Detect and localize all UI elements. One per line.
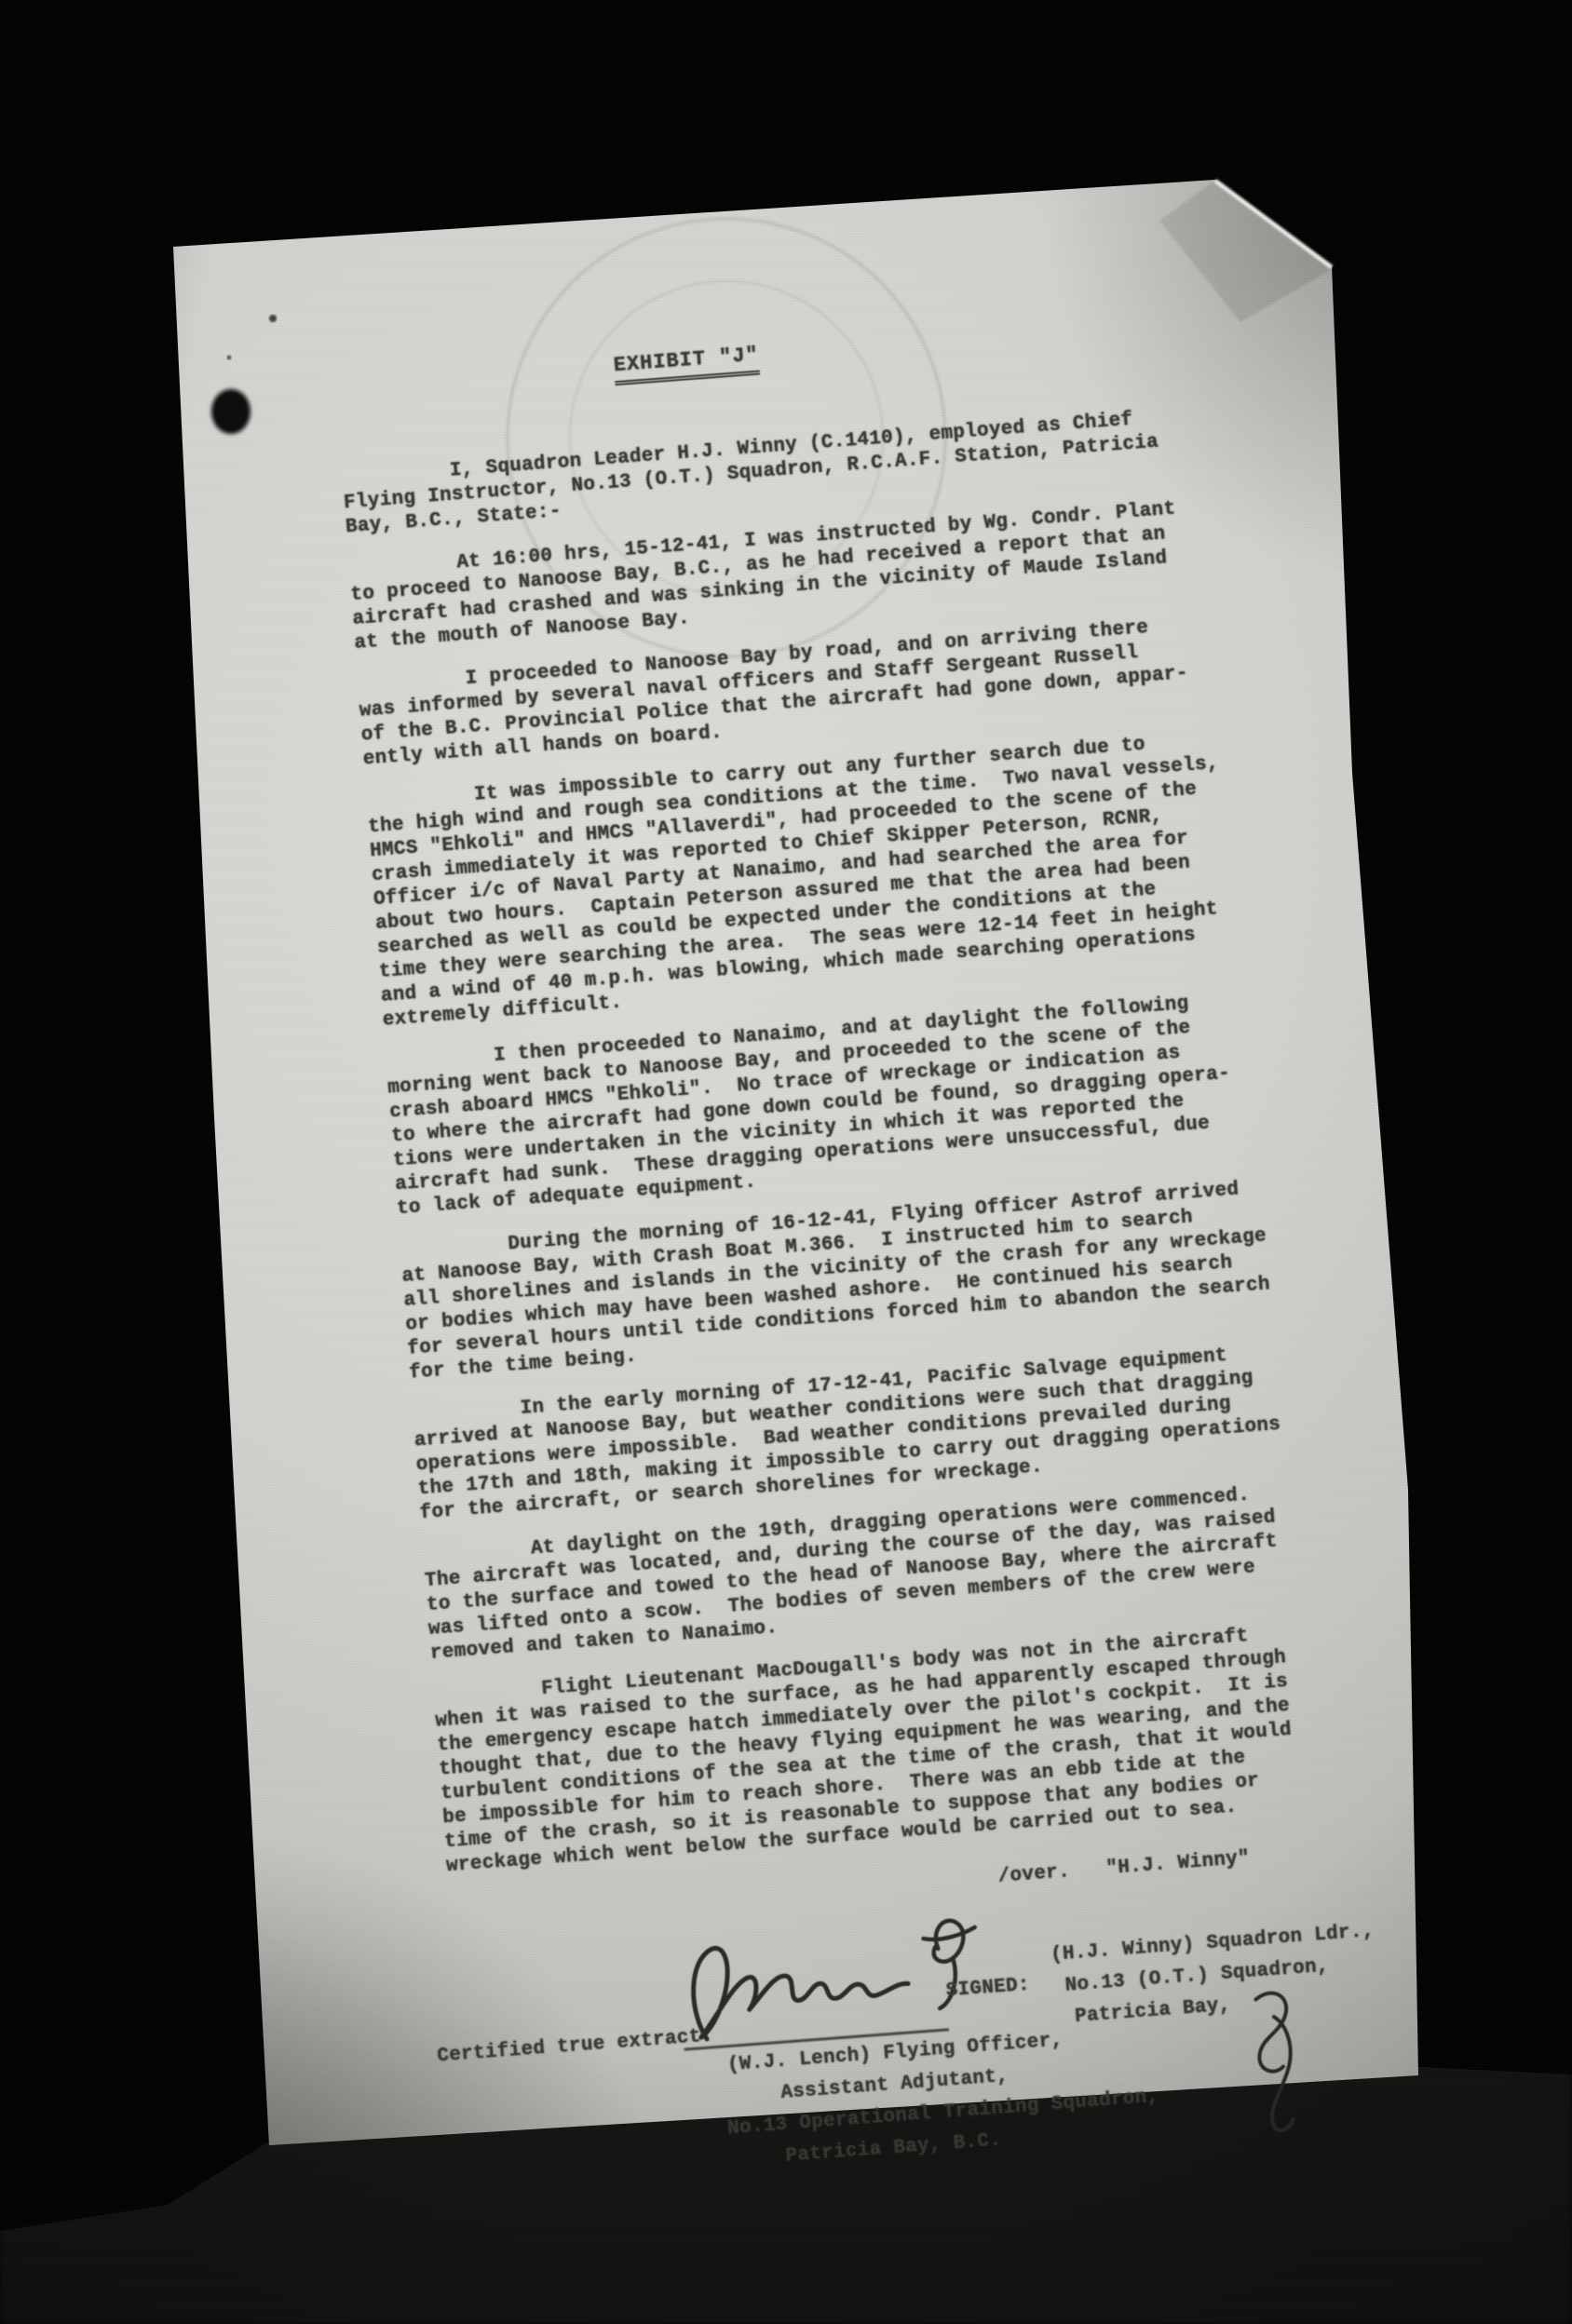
winny-initials-signature xyxy=(1232,1977,1327,2141)
hole-punch-mark xyxy=(211,389,251,434)
witness-location: Patricia Bay, xyxy=(1074,1994,1231,2031)
paragraph-macdougall: Flight Lieutenant MacDougall's body was … xyxy=(433,1620,1321,1879)
over-note: /over. "H.J. Winny" xyxy=(997,1842,1324,1890)
signed-label: SIGNED: xyxy=(945,1974,1031,2005)
typewritten-content: EXHIBIT "J" I, Squadron Leader H.J. Winn… xyxy=(334,309,1347,2234)
paragraph-search-conditions: It was impossible to carry out any furth… xyxy=(366,726,1257,1034)
scanned-document-photo: EXHIBIT "J" I, Squadron Leader H.J. Winn… xyxy=(0,0,1572,2324)
ink-speck xyxy=(269,315,277,322)
ink-speck xyxy=(227,356,232,360)
certified-label: Certified true extract: xyxy=(437,2024,714,2069)
